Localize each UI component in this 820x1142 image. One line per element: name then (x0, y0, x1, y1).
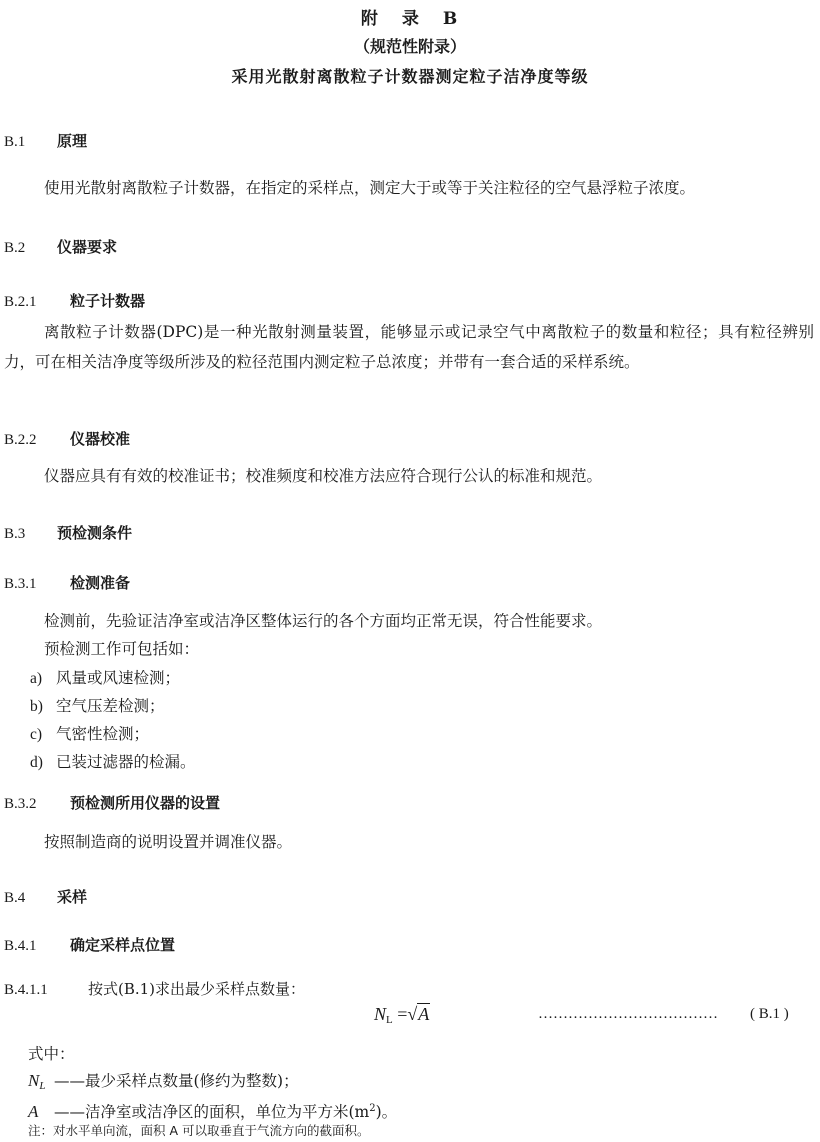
variable-description-tail: )。 (376, 1103, 398, 1121)
appendix-title: 采用光散射离散粒子计数器测定粒子洁净度等级 (0, 64, 820, 87)
paragraph-b32: 按照制造商的说明设置并调准仪器。 (44, 828, 292, 857)
section-title: 仪器校准 (70, 430, 130, 448)
section-title: 预检测条件 (57, 524, 132, 542)
section-title: 检测准备 (70, 574, 130, 592)
paragraph-b31: 检测前，先验证洁净室或洁净区整体运行的各个方面均正常无误，符合性能要求。 (44, 607, 602, 636)
section-heading-b411: B.4.1.1按式(B.1)求出最少采样点数量： (4, 978, 305, 999)
where-label: 式中： (28, 1040, 75, 1069)
appendix-heading: 附录B (0, 4, 820, 29)
formula-radicand: A (417, 1003, 430, 1024)
section-text: 按式(B.1)求出最少采样点数量： (88, 980, 305, 998)
section-title: 确定采样点位置 (70, 936, 175, 954)
section-number: B.4 (4, 890, 57, 907)
formula-b1: NL =√A (374, 1004, 430, 1026)
section-number: B.4.1 (4, 938, 70, 955)
formula-subscript: L (386, 1014, 393, 1026)
list-label: d) (30, 754, 56, 772)
formula-leader-dots: ……………………………… (538, 1006, 718, 1023)
section-number: B.3.2 (4, 796, 70, 813)
section-heading-b4: B.4采样 (4, 886, 87, 907)
appendix-subtitle: （规范性附录） (0, 34, 820, 57)
section-title: 原理 (57, 132, 87, 150)
section-heading-b1: B.1原理 (4, 130, 87, 151)
note: 注：对水平单向流，面积 A 可以取垂直于气流方向的截面积。 (28, 1121, 370, 1139)
section-title: 仪器要求 (57, 238, 117, 256)
variable-description: ——最少采样点数量(修约为整数)； (54, 1072, 299, 1090)
formula-number: ( B.1 ) (750, 1006, 789, 1023)
list-label: a) (30, 670, 56, 688)
section-heading-b22: B.2.2仪器校准 (4, 428, 130, 449)
list-label: b) (30, 698, 56, 716)
section-number: B.4.1.1 (4, 982, 88, 999)
list-item: b)空气压差检测； (30, 694, 165, 716)
section-number: B.2.1 (4, 294, 70, 311)
appendix-word: 录 (402, 9, 421, 29)
section-heading-b2: B.2仪器要求 (4, 236, 117, 257)
paragraph-b21: 离散粒子计数器(DPC)是一种光散射测量装置，能够显示或记录空气中离散粒子的数量… (4, 318, 814, 377)
section-number: B.3 (4, 526, 57, 543)
variable-letter: N (28, 1071, 39, 1090)
section-number: B.3.1 (4, 576, 70, 593)
section-title: 采样 (57, 888, 87, 906)
paragraph-b31-intro: 预检测工作可包括如： (44, 635, 199, 664)
list-item: c)气密性检测； (30, 722, 149, 744)
section-heading-b21: B.2.1粒子计数器 (4, 290, 145, 311)
section-heading-b41: B.4.1确定采样点位置 (4, 934, 175, 955)
list-item: a)风量或风速检测； (30, 666, 180, 688)
formula-lhs: N (374, 1004, 386, 1024)
list-text: 风量或风速检测； (56, 669, 180, 687)
list-item: d)已装过滤器的检漏。 (30, 750, 196, 772)
section-number: B.2 (4, 240, 57, 257)
section-number: B.2.2 (4, 432, 70, 449)
list-text: 空气压差检测； (56, 697, 165, 715)
list-text: 气密性检测； (56, 725, 149, 743)
section-heading-b31: B.3.1检测准备 (4, 572, 130, 593)
variable-subscript: L (39, 1080, 45, 1092)
sqrt-icon: √ (407, 1004, 417, 1025)
paragraph-b22: 仪器应具有有效的校准证书；校准频度和校准方法应符合现行公认的标准和规范。 (44, 462, 602, 491)
section-heading-b32: B.3.2预检测所用仪器的设置 (4, 792, 220, 813)
list-label: c) (30, 726, 56, 744)
section-title: 预检测所用仪器的设置 (70, 794, 220, 812)
formula-equals: = (397, 1004, 407, 1024)
appendix-letter: B (443, 9, 459, 29)
paragraph-b1: 使用光散射离散粒子计数器，在指定的采样点，测定大于或等于关注粒径的空气悬浮粒子浓… (44, 174, 695, 203)
section-heading-b3: B.3预检测条件 (4, 522, 132, 543)
appendix-word: 附 (361, 9, 380, 29)
variable-description: ——洁净室或洁净区的面积，单位为平方米(m (54, 1103, 369, 1121)
section-number: B.1 (4, 134, 57, 151)
list-text: 已装过滤器的检漏。 (56, 753, 196, 771)
section-title: 粒子计数器 (70, 292, 145, 310)
